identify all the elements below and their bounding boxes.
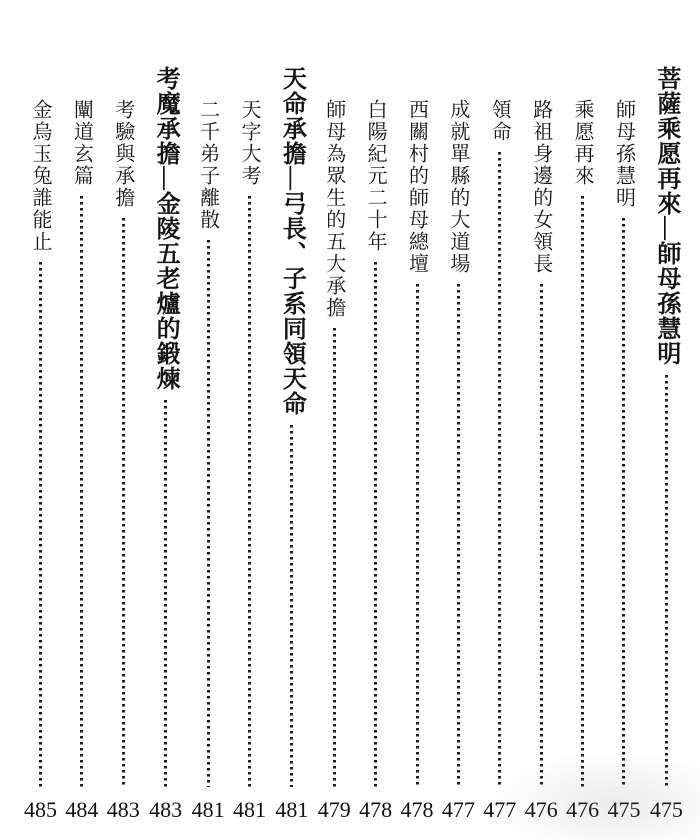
toc-entry: 師母為眾生的五大承擔 479 [318,66,351,824]
dotted-leader [665,375,668,787]
entry-page-number: 483 [107,796,140,824]
dotted-leader [457,284,460,787]
entry-title: 天命承擔—弓長、子系同領天命 [274,66,309,416]
dotted-leader [39,262,42,787]
dotted-leader [207,240,210,787]
entry-page-number: 481 [233,796,266,824]
toc-entry: 乘愿再來 476 [566,66,599,824]
toc-entry: 白陽紀元二十年 478 [359,66,392,824]
toc-entry-heading: 菩薩乘愿再來—師母孫慧明 475 [649,66,684,824]
entry-page-number: 476 [525,796,558,824]
entry-title: 闡道玄篇 [67,99,96,187]
dotted-leader [498,152,501,787]
toc-entry: 師母孫慧明 475 [607,66,640,824]
entry-title: 領命 [485,99,514,143]
dotted-leader [290,425,293,787]
entry-page-number: 477 [483,796,516,824]
dotted-leader [80,196,83,787]
toc-entry: 考驗與承擔 483 [107,66,140,824]
toc-entry: 領命 477 [483,66,516,824]
entry-title: 天字大考 [235,99,264,187]
entry-page-number: 476 [566,796,599,824]
toc-entry: 天字大考 481 [233,66,266,824]
entry-title: 路祖身邊的女領長 [527,99,556,275]
entry-title: 白陽紀元二十年 [361,99,390,253]
entry-title: 師母孫慧明 [609,99,638,209]
entry-title: 金烏玉兔誰能止 [26,99,55,253]
entry-title: 考魔承擔—金陵五老爐的鍛煉 [148,66,183,391]
dotted-leader [622,218,625,787]
entry-title: 乘愿再來 [568,99,597,187]
entry-page-number: 478 [401,796,434,824]
toc-entry-heading: 考魔承擔—金陵五老爐的鍛煉 483 [148,66,183,824]
dotted-leader [540,284,543,787]
toc-entry: 西關村的師母總壇 478 [401,66,434,824]
entry-page-number: 479 [318,796,351,824]
dotted-leader [374,262,377,787]
entry-title: 成就單縣的大道場 [444,99,473,275]
entry-page-number: 481 [275,796,308,824]
toc-entry: 闡道玄篇 484 [65,66,98,824]
dotted-leader [248,196,251,787]
entry-page-number: 477 [442,796,475,824]
entry-title: 二千弟子離散 [194,99,223,231]
dotted-leader [122,218,125,787]
entry-page-number: 484 [65,796,98,824]
entry-page-number: 483 [149,796,182,824]
dotted-leader [164,400,167,787]
entry-title: 考驗與承擔 [109,99,138,209]
dotted-leader [333,328,336,787]
toc-entry-heading: 天命承擔—弓長、子系同領天命 481 [274,66,309,824]
toc-column-list: 菩薩乘愿再來—師母孫慧明 475 師母孫慧明 475 乘愿再來 476 路祖身邊… [24,66,684,824]
entry-page-number: 481 [192,796,225,824]
toc-entry: 二千弟子離散 481 [192,66,225,824]
toc-entry: 成就單縣的大道場 477 [442,66,475,824]
entry-title: 師母為眾生的五大承擔 [320,99,349,319]
toc-entry: 金烏玉兔誰能止 485 [24,66,57,824]
entry-page-number: 475 [650,796,683,824]
entry-title: 西關村的師母總壇 [403,99,432,275]
entry-page-number: 478 [359,796,392,824]
entry-page-number: 485 [24,796,57,824]
dotted-leader [581,196,584,787]
book-toc-page: 菩薩乘愿再來—師母孫慧明 475 師母孫慧明 475 乘愿再來 476 路祖身邊… [0,0,700,840]
dotted-leader [416,284,419,787]
entry-page-number: 475 [607,796,640,824]
toc-entry: 路祖身邊的女領長 476 [525,66,558,824]
entry-title: 菩薩乘愿再來—師母孫慧明 [649,66,684,366]
